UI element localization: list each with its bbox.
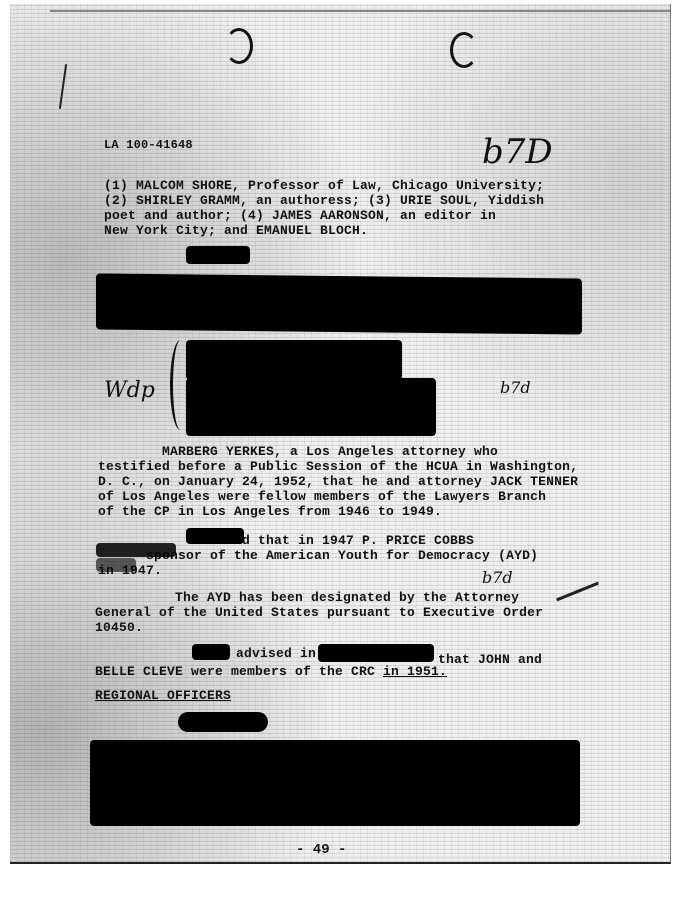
paragraph-yerkes: MARBERG YERKES, a Los Angeles attorney w…: [98, 444, 578, 519]
line: The AYD has been designated by the Attor…: [95, 590, 519, 605]
line: of the CP in Los Angeles from 1946 to 19…: [98, 504, 442, 519]
file-number: LA 100-41648: [104, 138, 193, 153]
crc-text-2: that JOHN and: [438, 652, 542, 667]
margin-scribble: Wdp: [104, 378, 155, 403]
line: testified before a Public Session of the…: [98, 459, 578, 474]
section-heading: REGIONAL OFFICERS: [95, 688, 231, 703]
redaction-block: [96, 273, 582, 334]
page-number: - 49 -: [296, 842, 346, 858]
line: poet and author; (4) JAMES AARONSON, an …: [104, 208, 496, 223]
crc-text-3: BELLE CLEVE were members of the CRC in 1…: [95, 664, 447, 679]
redaction-block: [318, 644, 434, 662]
redaction-block: [178, 712, 268, 732]
exemption-annotation-top: b7D: [482, 132, 553, 172]
crc-line2: BELLE CLEVE were members of the CRC: [95, 664, 383, 679]
punch-hole-icon: [225, 28, 253, 64]
redaction-block: [96, 558, 136, 572]
redaction-block: [186, 340, 402, 380]
redaction-block: [192, 644, 230, 660]
redaction-block: [186, 378, 436, 436]
exemption-annotation-middle: b7d: [500, 378, 531, 397]
line: New York City; and EMANUEL BLOCH.: [104, 223, 368, 238]
paragraph-ayd: The AYD has been designated by the Attor…: [95, 590, 543, 635]
page-top-edge: [50, 10, 670, 12]
line: 10450.: [95, 620, 143, 635]
line: of Los Angeles were fellow members of th…: [98, 489, 546, 504]
crc-year: in 1951.: [383, 664, 447, 679]
paragraph-names: (1) MALCOM SHORE, Professor of Law, Chic…: [104, 178, 544, 238]
line: (2) SHIRLEY GRAMM, an authoress; (3) URI…: [104, 193, 544, 208]
line: MARBERG YERKES, a Los Angeles attorney w…: [98, 444, 498, 459]
redaction-block: [186, 528, 244, 544]
crc-text-1: advised in: [236, 646, 316, 661]
handwritten-brace: [170, 340, 191, 430]
redaction-block: [90, 740, 580, 826]
line: (1) MALCOM SHORE, Professor of Law, Chic…: [104, 178, 544, 193]
exemption-annotation-lower: b7d: [482, 568, 513, 587]
redaction-block: [96, 543, 176, 557]
margin-mark: [59, 64, 67, 109]
punch-hole-icon: [450, 32, 478, 68]
line: General of the United States pursuant to…: [95, 605, 543, 620]
redaction-block: [186, 246, 250, 264]
line: D. C., on January 24, 1952, that he and …: [98, 474, 578, 489]
